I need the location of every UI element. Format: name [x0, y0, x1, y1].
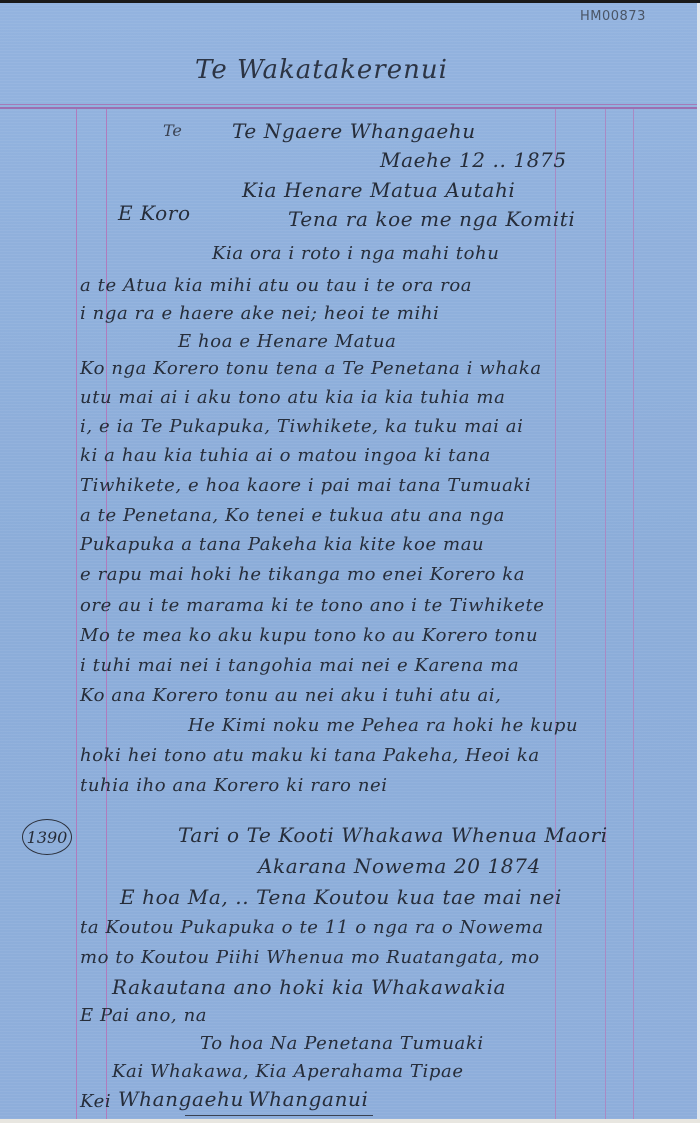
letter1-addressee: Kia Henare Matua Autahi: [242, 178, 515, 202]
address-place-1: Whangaehu: [118, 1087, 244, 1111]
letter1-salutation: E Koro: [118, 201, 191, 225]
page-bottom-edge: [0, 1119, 700, 1123]
letter1-line: Ko nga Korero tonu tena a Te Penetana i …: [80, 358, 542, 379]
letter1-line: Mo te mea ko aku kupu tono ko au Korero …: [80, 625, 538, 646]
reference-number: HM00873: [580, 9, 646, 24]
document-title: Te Wakatakerenui: [195, 55, 448, 85]
letter2-line: ta Koutou Pukapuka o te 11 o nga ra o No…: [80, 917, 544, 938]
letter-page: HM00873 Te Wakatakerenui Te Te Ngaere Wh…: [0, 3, 700, 1119]
letter1-line: He Kimi noku me Pehea ra hoki he kupu: [188, 715, 578, 736]
column-rule-3: [633, 109, 634, 1119]
margin-mark: Te: [163, 121, 182, 140]
letter1-line: hoki hei tono atu maku ki tana Pakeha, H…: [80, 745, 540, 766]
header-rule-top: [0, 104, 700, 105]
letter1-line: Pukapuka a tana Pakeha kia kite koe mau: [80, 534, 484, 555]
letter2-closing: To hoa Na Penetana Tumuaki: [200, 1033, 484, 1054]
letter2-line: Rakautana ano hoki kia Whakawakia: [112, 975, 506, 999]
letter1-line: Kia ora i roto i nga mahi tohu: [212, 243, 499, 264]
address-underline: [185, 1115, 373, 1116]
address-place-2: Whanganui: [248, 1087, 369, 1111]
letter1-line: Ko ana Korero tonu au nei aku i tuhi atu…: [80, 685, 502, 706]
letter2-line: mo to Koutou Piihi Whenua mo Ruatangata,…: [80, 947, 540, 968]
letter2-line: E Pai ano, na: [80, 1005, 207, 1026]
letter2-heading: Tari o Te Kooti Whakawa Whenua Maori: [178, 823, 608, 847]
letter1-line: ore au i te marama ki te tono ano i te T…: [80, 595, 545, 616]
letter1-place: Te Ngaere Whangaehu: [232, 119, 476, 143]
letter1-line: i, e ia Te Pukapuka, Tiwhikete, ka tuku …: [80, 416, 524, 437]
letter1-line: tuhia iho ana Korero ki raro nei: [80, 775, 388, 796]
letter1-greeting: Tena ra koe me nga Komiti: [288, 207, 575, 231]
letter1-line: Tiwhikete, e hoa kaore i pai mai tana Tu…: [80, 475, 531, 496]
letter1-line: utu mai ai i aku tono atu kia ia kia tuh…: [80, 387, 505, 408]
letter1-line: E hoa e Henare Matua: [178, 331, 397, 352]
letter1-line: i tuhi mai nei i tangohia mai nei e Kare…: [80, 655, 519, 676]
letter1-line: ki a hau kia tuhia ai o matou ingoa ki t…: [80, 445, 491, 466]
margin-rule-1: [76, 109, 77, 1119]
letter2-signoff: Kai Whakawa, Kia Aperahama Tipae: [112, 1061, 464, 1082]
letter2-date: Akarana Nowema 20 1874: [258, 854, 541, 878]
letter1-date: Maehe 12 .. 1875: [380, 148, 567, 172]
letter1-line: a te Penetana, Ko tenei e tukua atu ana …: [80, 505, 505, 526]
letter1-line: a te Atua kia mihi atu ou tau i te ora r…: [80, 275, 472, 296]
letter2-greeting: E hoa Ma, .. Tena Koutou kua tae mai nei: [120, 885, 562, 909]
header-rule-bottom: [0, 107, 700, 109]
folio-number-stamp: 1390: [22, 819, 72, 855]
column-rule-1: [555, 109, 556, 1119]
address-prefix: Kei: [80, 1091, 111, 1112]
column-rule-2: [605, 109, 606, 1119]
letter1-line: e rapu mai hoki he tikanga mo enei Korer…: [80, 564, 525, 585]
letter1-line: i nga ra e haere ake nei; heoi te mihi: [80, 303, 439, 324]
